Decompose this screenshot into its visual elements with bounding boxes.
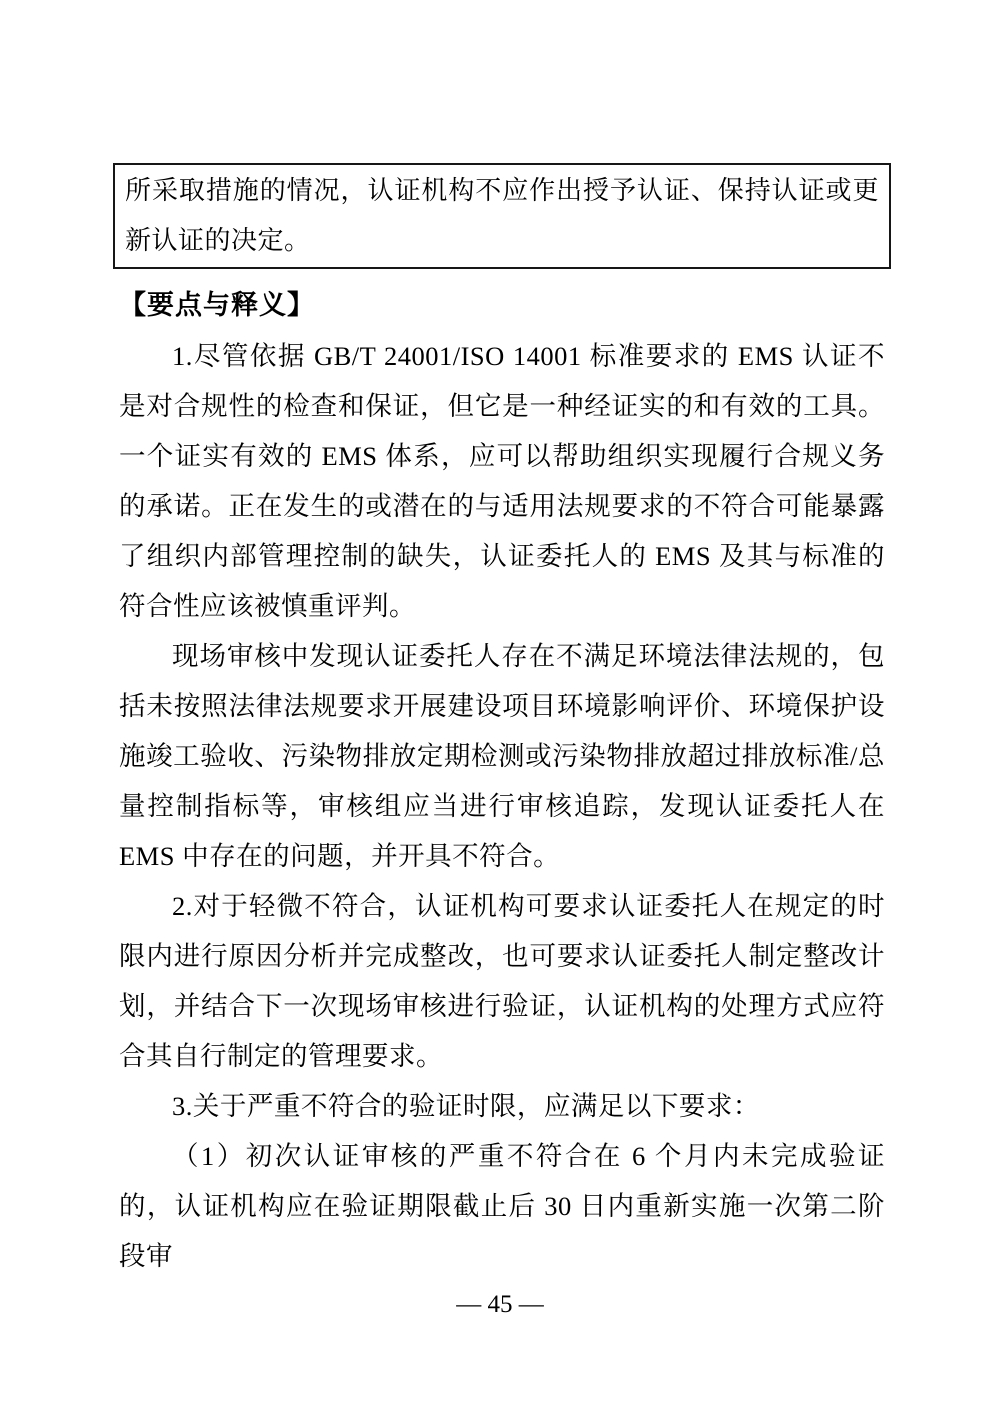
- paragraph: 现场审核中发现认证委托人存在不满足环境法律法规的，包括未按照法律法规要求开展建设…: [119, 631, 885, 881]
- paragraph: 1.尽管依据 GB/T 24001/ISO 14001 标准要求的 EMS 认证…: [119, 331, 885, 631]
- paragraph: 3.关于严重不符合的验证时限，应满足以下要求：: [119, 1081, 885, 1131]
- paragraph: 2.对于轻微不符合，认证机构可要求认证委托人在规定的时限内进行原因分析并完成整改…: [119, 881, 885, 1081]
- boxed-excerpt: 所采取措施的情况，认证机构不应作出授予认证、保持认证或更新认证的决定。: [113, 163, 891, 269]
- body-text: 1.尽管依据 GB/T 24001/ISO 14001 标准要求的 EMS 认证…: [119, 331, 885, 1281]
- document-page: 所采取措施的情况，认证机构不应作出授予认证、保持认证或更新认证的决定。 【要点与…: [0, 0, 1000, 1414]
- section-heading: 【要点与释义】: [119, 284, 885, 326]
- page-number: — 45 —: [0, 1288, 1000, 1322]
- paragraph: （1）初次认证审核的严重不符合在 6 个月内未完成验证的，认证机构应在验证期限截…: [119, 1131, 885, 1281]
- document-content: 所采取措施的情况，认证机构不应作出授予认证、保持认证或更新认证的决定。 【要点与…: [119, 163, 885, 1281]
